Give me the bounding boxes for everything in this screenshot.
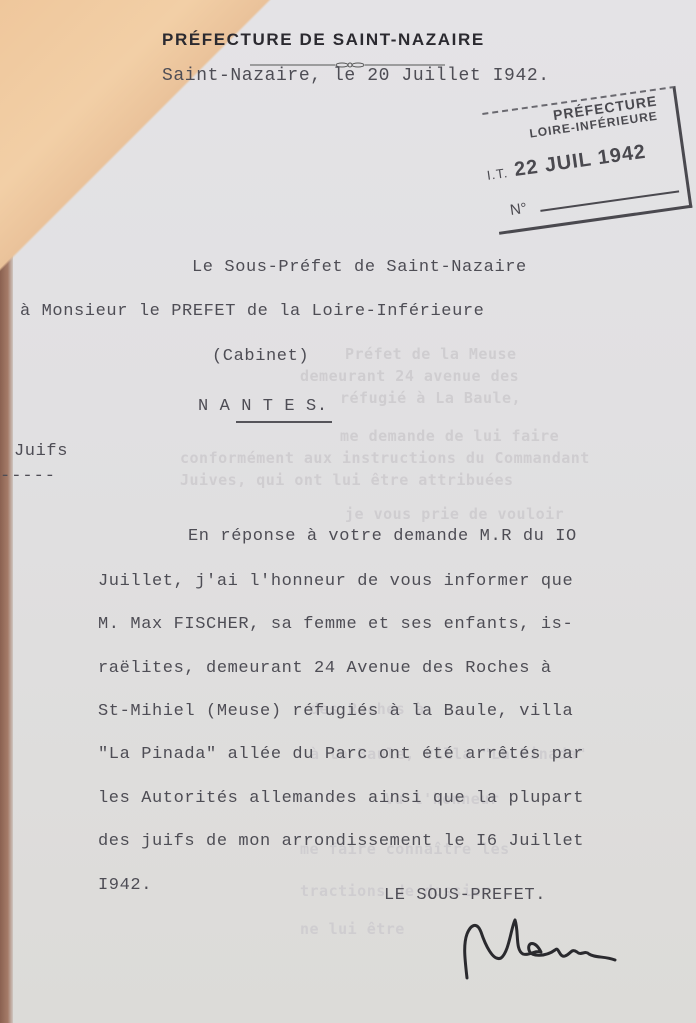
ghost-line: Préfet de la Meuse <box>345 345 517 363</box>
place-date: Saint-Nazaire, le 20 Juillet I942. <box>162 66 550 86</box>
body-line: I942. <box>98 876 152 895</box>
closing: LE SOUS-PREFET. <box>384 886 546 905</box>
body-line: En réponse à votre demande M.R du IO <box>188 527 577 546</box>
stamp-number-label: N° <box>509 200 528 219</box>
recipient-city: N A N T E S. <box>198 397 328 416</box>
ghost-line: demeurant 24 avenue des <box>300 367 519 385</box>
ghost-line: je vous prie de vouloir <box>345 505 564 523</box>
body-line: St-Mihiel (Meuse) réfugiés à la Baule, v… <box>98 702 573 721</box>
body-line: Juillet, j'ai l'honneur de vous informer… <box>98 572 573 591</box>
ghost-line: Juives, qui ont lui être attribuées <box>180 471 514 489</box>
body-line: des juifs de mon arrondissement le I6 Ju… <box>98 832 584 851</box>
recipient-office: (Cabinet) <box>212 347 309 366</box>
body-line: M. Max FISCHER, sa femme et ses enfants,… <box>98 615 573 634</box>
letterhead: PRÉFECTURE DE SAINT-NAZAIRE <box>162 30 485 50</box>
subject: Juifs <box>14 442 68 461</box>
ghost-line: me demande de lui faire <box>340 427 559 445</box>
ghost-line: ne lui être <box>300 920 405 938</box>
subject-rule: ----- <box>0 467 56 486</box>
sender: Le Sous-Préfet de Saint-Nazaire <box>192 258 527 277</box>
ghost-line: réfugié à La Baule, <box>340 389 521 407</box>
recipient: à Monsieur le PREFET de la Loire-Inférie… <box>20 302 484 321</box>
city-underline <box>236 421 332 423</box>
binder-edge <box>0 0 13 1023</box>
signature-icon <box>455 910 635 980</box>
stamp-prefix: I.T. <box>486 165 509 183</box>
body-line: les Autorités allemandes ainsi que la pl… <box>98 789 584 808</box>
body-line: "La Pinada" allée du Parc ont été arrêté… <box>98 745 584 764</box>
ghost-line: conformément aux instructions du Command… <box>180 449 590 467</box>
body-line: raëlites, demeurant 24 Avenue des Roches… <box>98 659 552 678</box>
